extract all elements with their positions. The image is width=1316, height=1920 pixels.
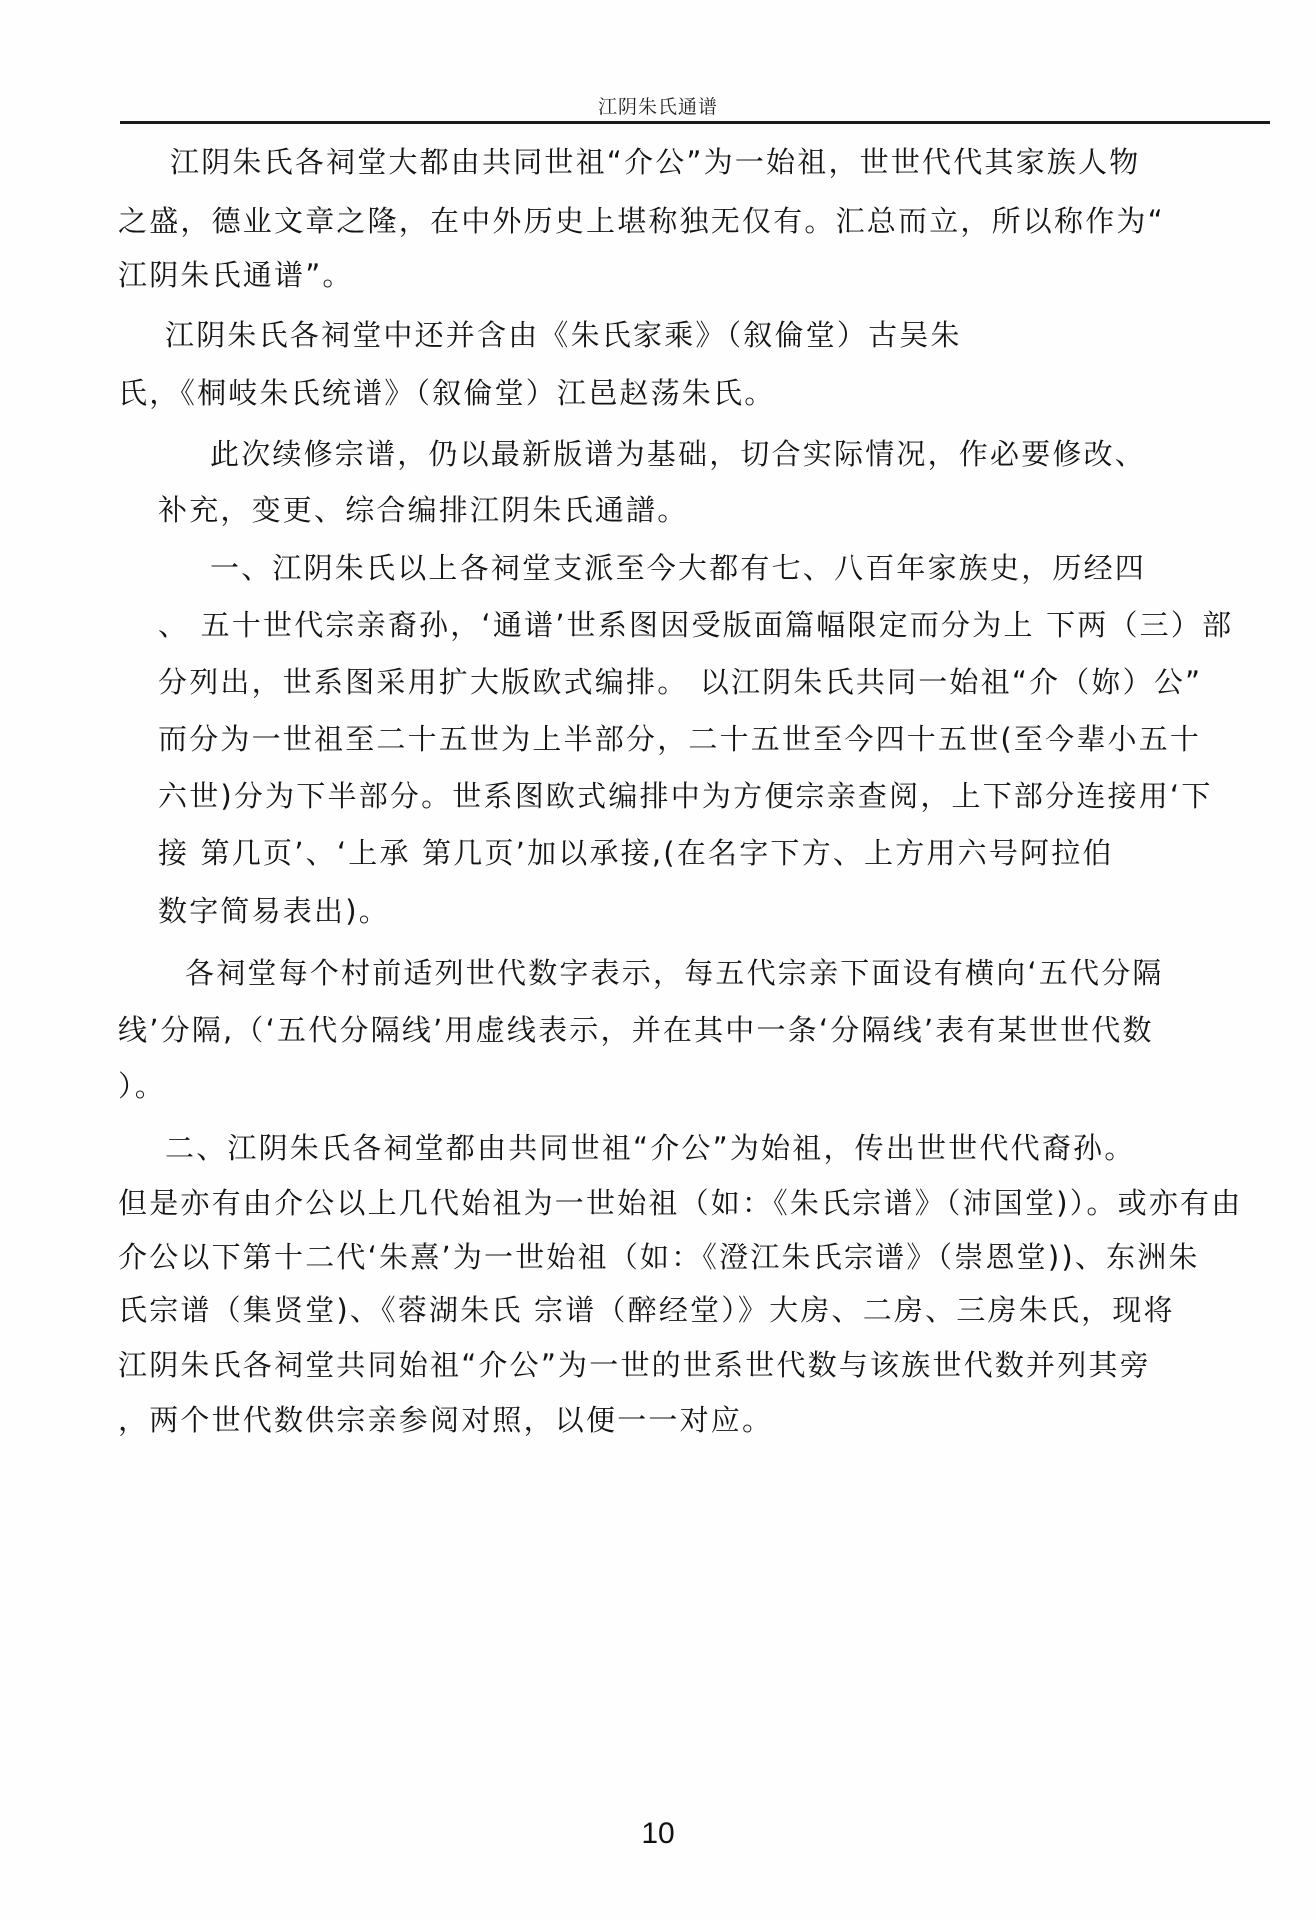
paragraph-6-line-2: 但是亦有由介公以上几代始祖为一世始祖（如：《朱氏宗谱》（沛国堂)）。或亦有由: [118, 1183, 1242, 1223]
paragraph-6-line-6: ，两个世代数供宗亲参阅对照，以便一一对应。: [118, 1400, 773, 1440]
paragraph-5-line-3: ）。: [118, 1066, 166, 1106]
paragraph-1-line-2: 之盛，德业文章之隆，在中外历史上堪称独无仅有。汇总而立，所以称作为“: [118, 201, 1165, 241]
paragraph-3-line-2: 补充，变更、综合编排江阴朱氏通譜。: [158, 490, 688, 530]
header-rule-divider: [120, 121, 1270, 124]
paragraph-4-line-1: 一、江阴朱氏以上各祠堂支派至今大都有七、八百年家族史，历经四: [210, 548, 1146, 588]
paragraph-4-line-3: 分列出，世系图采用扩大版欧式编排。 以江阴朱氏共同一始祖“介（妳）公”: [158, 662, 1202, 702]
paragraph-4-line-7: 数字简易表出)。: [158, 891, 390, 931]
paragraph-2-line-2: 氏，《桐岐朱氏统谱》（叙倫堂）江邑赵荡朱氏。: [118, 373, 775, 413]
paragraph-6-line-1: 二、江阴朱氏各祠堂都由共同世祖“介公”为始祖，传出世世代代裔孙。: [165, 1128, 1135, 1168]
paragraph-4-line-6: 接 第几页’、‘上承 第几页’加以承接,(在名字下方、上方用六号阿拉伯: [158, 833, 1114, 873]
paragraph-6-line-4: 氏宗谱（集贤堂)、《蓉湖朱氏 宗谱（醉经堂）》大房、二房、三房朱氏，现将: [118, 1290, 1175, 1330]
page-number: 10: [0, 1817, 1316, 1851]
paragraph-1-line-3: 江阴朱氏通谱”。: [118, 255, 354, 295]
paragraph-2-line-1: 江阴朱氏各祠堂中还并含由《朱氏家乘》（叙倫堂）古吴朱: [165, 315, 962, 355]
paragraph-3-line-1: 此次续修宗谱，仍以最新版谱为基础，切合实际情况，作必要修改、: [210, 434, 1146, 474]
paragraph-4-line-2: 、 五十世代宗亲裔孙，‘通谱’世系图因受版面篇幅限定而分为上 下两（三）部: [158, 605, 1233, 645]
paragraph-4-line-5: 六世)分为下半部分。世系图欧式编排中为方便宗亲查阅，上下部分连接用‘下: [158, 776, 1213, 816]
paragraph-4-line-4: 而分为一世祖至二十五世为上半部分，二十五世至今四十五世(至今辈小五十: [158, 719, 1201, 759]
paragraph-5-line-2: 线’分隔,（‘五代分隔线’用虚线表示，并在其中一条‘分隔线’表有某世世代数: [118, 1010, 1154, 1050]
running-header-title: 江阴朱氏通谱: [0, 92, 1316, 119]
paragraph-6-line-5: 江阴朱氏各祠堂共同始祖“介公”为一世的世系世代数与该族世代数并列其旁: [118, 1345, 1151, 1385]
paragraph-6-line-3: 介公以下第十二代‘朱熹’为一世始祖（如：《澄江朱氏宗谱》（崇恩堂))、东洲朱: [118, 1237, 1200, 1277]
document-page: 江阴朱氏通谱 江阴朱氏各祠堂大都由共同世祖“介公”为一始祖，世世代代其家族人物 …: [0, 0, 1316, 1920]
paragraph-5-line-1: 各祠堂每个村前适列世代数字表示，每五代宗亲下面设有横向‘五代分隔: [185, 953, 1164, 993]
paragraph-1-line-1: 江阴朱氏各祠堂大都由共同世祖“介公”为一始祖，世世代代其家族人物: [170, 142, 1140, 182]
